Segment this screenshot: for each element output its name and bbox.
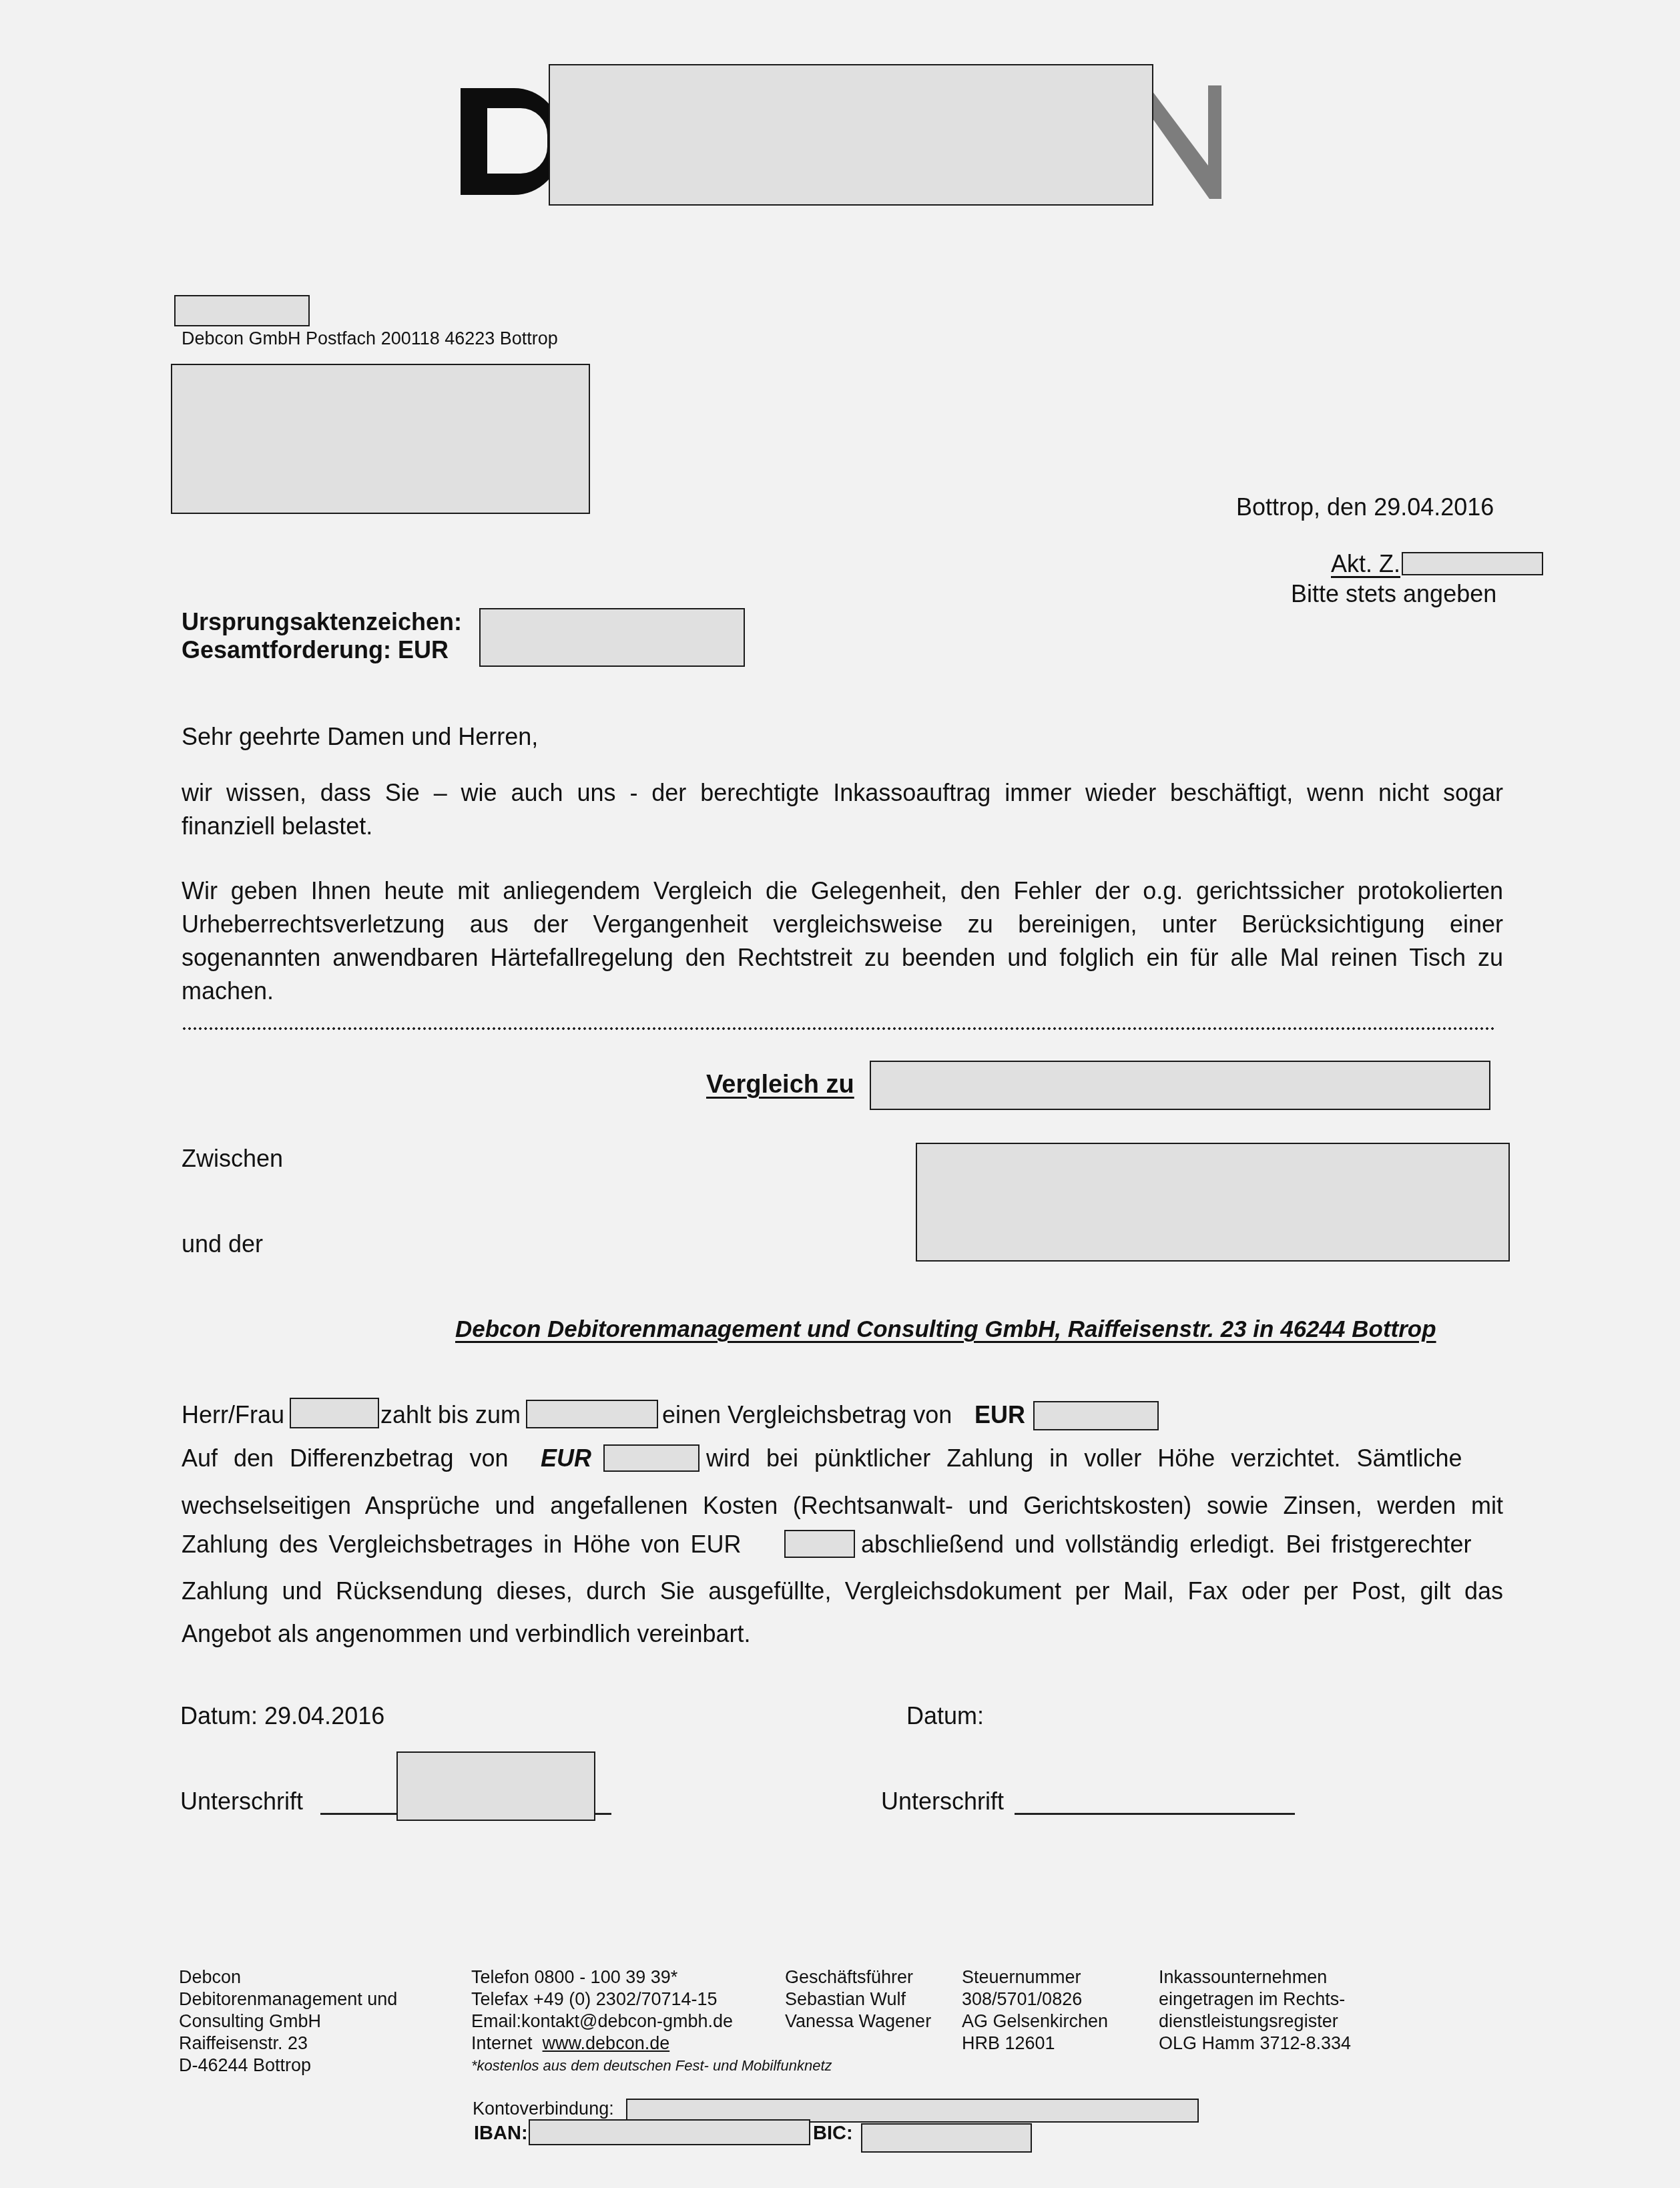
sender-return-address: Debcon GmbH Postfach 200118 46223 Bottro… <box>182 330 558 348</box>
bic-label: BIC: <box>813 2124 853 2143</box>
footer-line: Debitorenmanagement und <box>179 1988 397 2010</box>
footer-line: eingetragen im Rechts- <box>1159 1988 1351 2010</box>
footer-management: Geschäftsführer Sebastian Wulf Vanessa W… <box>785 1966 931 2032</box>
redacted-sender-block <box>174 295 310 326</box>
footer-line: 308/5701/0826 <box>962 1988 1108 2010</box>
paragraph-line: wechselseitigen Ansprüche und angefallen… <box>182 1484 1503 1527</box>
footer-contact: Telefon 0800 - 100 39 39* Telefax +49 (0… <box>471 1966 832 2077</box>
redacted-difference-amount <box>603 1444 699 1472</box>
logo-letter-d-counter <box>487 108 547 174</box>
settlement-text: zahlt bis zum <box>380 1403 521 1427</box>
paragraph-line: sogenannten anwendbaren Härtefallregelun… <box>182 941 1503 975</box>
redacted-final-amount <box>784 1530 855 1558</box>
redacted-name-field <box>290 1398 379 1428</box>
redacted-iban <box>529 2119 810 2145</box>
settlement-line-3: wechselseitigen Ansprüche und angefallen… <box>182 1484 1503 1527</box>
right-signature-label: Unterschrift <box>881 1790 1004 1814</box>
footer-line: dienstleistungsregister <box>1159 2010 1351 2032</box>
redacted-recipient-address <box>171 364 590 514</box>
currency-label: EUR <box>974 1403 1025 1427</box>
total-claim-label: Gesamtforderung: EUR <box>182 638 449 662</box>
redacted-settlement-amount <box>1033 1401 1159 1430</box>
footer-company: Debcon Debitorenmanagement und Consultin… <box>179 1966 397 2077</box>
right-signature-field[interactable] <box>1015 1813 1295 1815</box>
footer-line: Consulting GmbH <box>179 2010 397 2032</box>
footer-phone: Telefon 0800 - 100 39 39* <box>471 1966 832 1988</box>
footer-line: Steuernummer <box>962 1966 1108 1988</box>
footer-line: Geschäftsführer <box>785 1966 931 1988</box>
redacted-deadline-field <box>526 1400 658 1428</box>
redacted-bic <box>861 2123 1032 2153</box>
redacted-case-values <box>479 608 745 667</box>
settlement-text: einen Vergleichsbetrag von <box>662 1403 952 1427</box>
redacted-debtor-party <box>916 1143 1510 1262</box>
bank-account-label: Kontoverbindung: <box>473 2100 614 2118</box>
settlement-text: wird bei pünktlicher Zahlung in voller H… <box>706 1446 1462 1470</box>
footer-line: Debcon <box>179 1966 397 1988</box>
footer-line: Sebastian Wulf <box>785 1988 931 2010</box>
paragraph-line: finanziell belastet. <box>182 810 1503 843</box>
internet-label: Internet <box>471 2033 533 2053</box>
footer-line: Vanessa Wagener <box>785 2010 931 2032</box>
redacted-signature <box>396 1751 595 1821</box>
footer-line: D-46244 Bottrop <box>179 2055 397 2077</box>
footer-internet: Internet www.debcon.de <box>471 2032 832 2055</box>
paragraph-line: wir wissen, dass Sie – wie auch uns - de… <box>182 776 1503 810</box>
currency-label: EUR <box>541 1446 591 1470</box>
footer-line: Inkassounternehmen <box>1159 1966 1351 1988</box>
between-label: Zwischen <box>182 1147 283 1171</box>
origin-reference-label: Ursprungsaktenzeichen: <box>182 610 462 634</box>
left-signature-label: Unterschrift <box>180 1790 303 1814</box>
paragraph-line: Wir geben Ihnen heute mit anliegendem Ve… <box>182 874 1503 908</box>
redacted-logo-block <box>549 64 1153 206</box>
footer-line: Raiffeisenstr. 23 <box>179 2032 397 2055</box>
redacted-reference-number <box>1402 552 1543 575</box>
right-date: Datum: <box>906 1704 984 1728</box>
settlement-text: Herr/Frau <box>182 1401 284 1428</box>
redacted-settlement-subject <box>870 1061 1490 1110</box>
footer-line: OLG Hamm 3712-8.334 <box>1159 2032 1351 2055</box>
footer-phone-note: *kostenlos aus dem deutschen Fest- und M… <box>471 2055 832 2077</box>
creditor-company: Debcon Debitorenmanagement und Consultin… <box>455 1318 1436 1341</box>
reference-label: Akt. Z. <box>1331 552 1400 576</box>
footer-email[interactable]: Email:kontakt@debcon-gmbh.de <box>471 2010 832 2032</box>
left-date: Datum: 29.04.2016 <box>180 1704 384 1728</box>
dotted-divider <box>182 1027 1494 1031</box>
paragraph-line: machen. <box>182 975 1503 1008</box>
footer-fax: Telefax +49 (0) 2302/70714-15 <box>471 1988 832 2010</box>
website-link[interactable]: www.debcon.de <box>543 2033 670 2053</box>
footer-tax: Steuernummer 308/5701/0826 AG Gelsenkirc… <box>962 1966 1108 2055</box>
settlement-text: Zahlung des Vergleichsbetrages in Höhe v… <box>182 1533 741 1557</box>
footer-registry: Inkassounternehmen eingetragen im Rechts… <box>1159 1966 1351 2055</box>
and-label: und der <box>182 1232 263 1256</box>
footer-line: AG Gelsenkirchen <box>962 2010 1108 2032</box>
settlement-closing: Zahlung und Rücksendung dieses, durch Si… <box>182 1570 1503 1655</box>
paragraph-line: Angebot als angenommen und verbindlich v… <box>182 1613 1503 1655</box>
paragraph-line: Urheberrechtsverletzung aus der Vergange… <box>182 908 1503 941</box>
place-date: Bottrop, den 29.04.2016 <box>1236 495 1494 519</box>
intro-paragraph: wir wissen, dass Sie – wie auch uns - de… <box>182 776 1503 843</box>
reference-note: Bitte stets angeben <box>1291 582 1496 606</box>
paragraph-line: Zahlung und Rücksendung dieses, durch Si… <box>182 1570 1503 1613</box>
settlement-line-1: Herr/Frau <box>182 1403 284 1427</box>
settlement-title: Vergleich zu <box>706 1072 854 1097</box>
salutation: Sehr geehrte Damen und Herren, <box>182 725 538 749</box>
iban-label: IBAN: <box>474 2124 528 2143</box>
settlement-text: Auf den Differenzbetrag von <box>182 1446 509 1470</box>
footer-line: HRB 12601 <box>962 2032 1108 2055</box>
settlement-text: abschließend und vollständig erledigt. B… <box>861 1533 1472 1557</box>
offer-paragraph: Wir geben Ihnen heute mit anliegendem Ve… <box>182 874 1503 1008</box>
